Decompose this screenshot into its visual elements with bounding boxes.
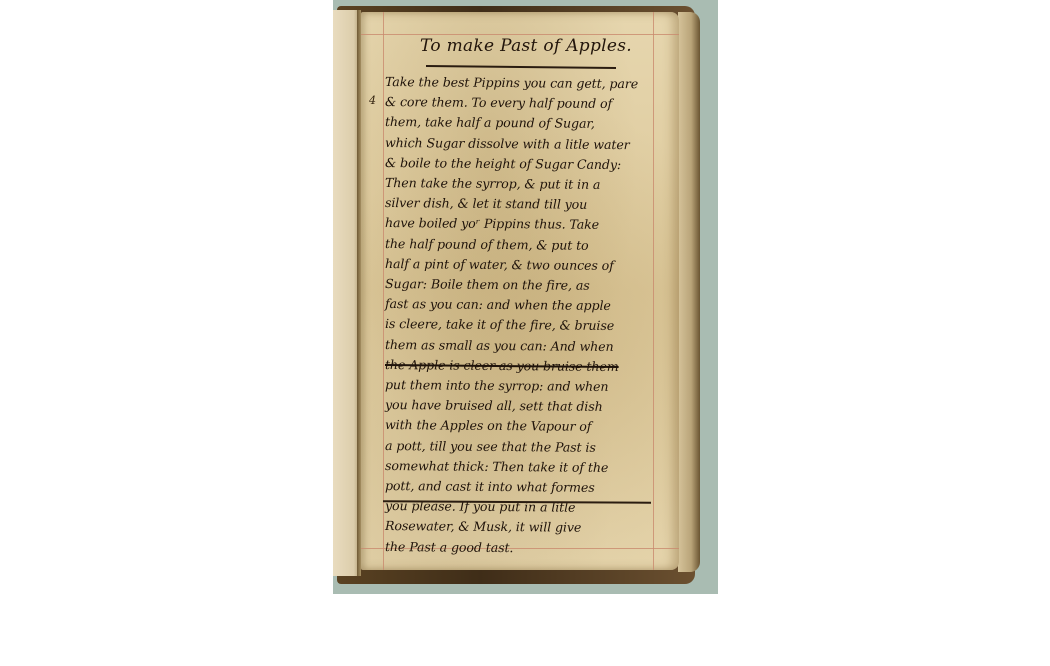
text-line: Take the best Pippins you can gett, pare (385, 72, 657, 95)
text-line: & boile to the height of Sugar Candy: (385, 153, 657, 176)
manuscript-page: To make Past of Apples. 4 Take the best … (361, 12, 679, 570)
text-line: pott, and cast it into what formes (385, 476, 657, 499)
text-line: Sugar: Boile them on the fire, as (385, 274, 657, 297)
text-line: is cleere, take it of the fire, & bruise (385, 314, 657, 337)
recipe-body: Take the best Pippins you can gett, pare… (385, 72, 657, 557)
struck-text-line: the Apple is cleer as you bruise them (385, 355, 657, 378)
margin-rule-left (383, 12, 384, 570)
page-edges (678, 12, 700, 572)
text-line: a pott, till you see that the Past is (385, 436, 657, 459)
text-line: with the Apples on the Vapour of (385, 415, 657, 438)
text-line: which Sugar dissolve with a litle water (385, 133, 657, 156)
text-line: put them into the syrrop: and when (385, 375, 657, 398)
margin-rule-top (361, 34, 679, 35)
text-line: them, take half a pound of Sugar, (385, 112, 657, 135)
text-line: half a pint of water, & two ounces of (385, 254, 657, 277)
manuscript-scan: To make Past of Apples. 4 Take the best … (333, 0, 718, 594)
title-underline (426, 65, 616, 68)
facing-page-edge (333, 10, 359, 576)
text-line: have boiled yoʳ Pippins thus. Take (385, 213, 657, 236)
margin-number: 4 (369, 94, 376, 107)
text-line: them as small as you can: And when (385, 335, 657, 358)
text-line: Rosewater, & Musk, it will give (385, 516, 657, 539)
text-line: the half pound of them, & put to (385, 234, 657, 257)
text-line: the Past a good tast. (385, 537, 657, 560)
text-line: Then take the syrrop, & put it in a (385, 173, 657, 196)
recipe-title: To make Past of Apples. (411, 36, 641, 56)
text-line: somewhat thick: Then take it of the (385, 456, 657, 479)
